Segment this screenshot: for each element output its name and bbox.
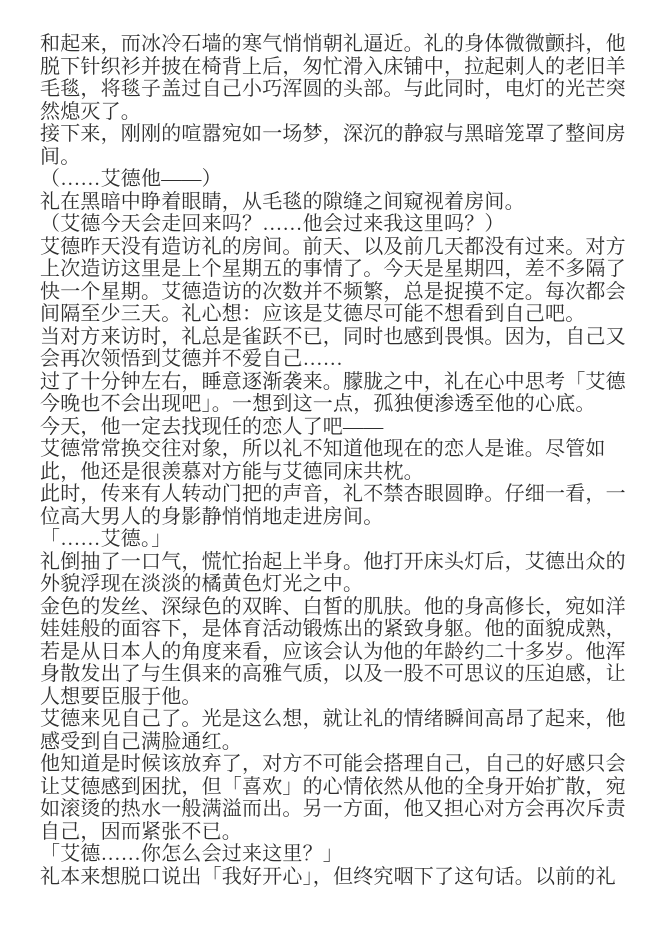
text-line: 此时，传来有人转动门把的声音，礼不禁杏眼圆睁。仔细一看，一 xyxy=(40,483,632,506)
text-line: 他知道是时候该放弃了，对方不可能会搭理自己，自己的好感只会 xyxy=(40,753,632,776)
text-line: 今天，他一定去找现任的恋人了吧—— xyxy=(40,416,632,439)
text-line: （艾德今天会走回来吗？……他会过来我这里吗？） xyxy=(40,213,632,236)
text-line: 娃娃般的面容下，是体育活动锻炼出的紧致身躯。他的面貌成熟， xyxy=(40,618,632,641)
text-line: 人想要臣服于他。 xyxy=(40,686,632,709)
text-line: 自己，因而紧张不已。 xyxy=(40,821,632,844)
text-line: 上次造访这里是上个星期五的事情了。今天是星期四，差不多隔了 xyxy=(40,258,632,281)
novel-page: 和起来，而冰冷石墙的寒气悄悄朝礼逼近。礼的身体微微颤抖，他脱下针织衫并披在椅背上… xyxy=(0,0,662,935)
text-line: 会再次领悟到艾德并不爱自己…… xyxy=(40,348,632,371)
text-line: 间隔至少三天。礼心想：应该是艾德尽可能不想看到自己吧。 xyxy=(40,303,632,326)
text-line: 若是从日本人的角度来看，应该会认为他的年龄约二十多岁。他浑 xyxy=(40,641,632,664)
text-line: 金色的发丝、深绿色的双眸、白皙的肌肤。他的身高修长，宛如洋 xyxy=(40,596,632,619)
text-line: 此，他还是很羡慕对方能与艾德同床共枕。 xyxy=(40,461,632,484)
text-line: 接下来，刚刚的喧嚣宛如一场梦，深沉的静寂与黑暗笼罩了整间房 xyxy=(40,123,632,146)
text-line: 外貌浮现在淡淡的橘黄色灯光之中。 xyxy=(40,573,632,596)
text-line: 快一个星期。艾德造访的次数并不频繁，总是捉摸不定。每次都会 xyxy=(40,281,632,304)
text-line: 身散发出了与生俱来的高雅气质，以及一股不可思议的压迫感，让 xyxy=(40,663,632,686)
text-line: 和起来，而冰冷石墙的寒气悄悄朝礼逼近。礼的身体微微颤抖，他 xyxy=(40,33,632,56)
text-line: 艾德来见自己了。光是这么想，就让礼的情绪瞬间高昂了起来，他 xyxy=(40,708,632,731)
text-line: 然熄灭了。 xyxy=(40,101,632,124)
text-line: 艾德昨天没有造访礼的房间。前天、以及前几天都没有过来。对方 xyxy=(40,236,632,259)
text-line: 间。 xyxy=(40,146,632,169)
text-line: 「……艾德。」 xyxy=(40,528,632,551)
text-line: （……艾德他——） xyxy=(40,168,632,191)
text-line: 脱下针织衫并披在椅背上后，匆忙滑入床铺中，拉起刺人的老旧羊 xyxy=(40,56,632,79)
text-line: 礼在黑暗中睁着眼睛，从毛毯的隙缝之间窥视着房间。 xyxy=(40,191,632,214)
text-block: 和起来，而冰冷石墙的寒气悄悄朝礼逼近。礼的身体微微颤抖，他脱下针织衫并披在椅背上… xyxy=(40,33,632,888)
text-line: 今晚也不会出现吧」。一想到这一点，孤独便渗透至他的心底。 xyxy=(40,393,632,416)
text-line: 如滚烫的热水一般满溢而出。另一方面，他又担心对方会再次斥责 xyxy=(40,798,632,821)
text-line: 感受到自己满脸通红。 xyxy=(40,731,632,754)
text-line: 艾德常常换交往对象，所以礼不知道他现在的恋人是谁。尽管如 xyxy=(40,438,632,461)
text-line: 位高大男人的身影静悄悄地走进房间。 xyxy=(40,506,632,529)
text-line: 「艾德……你怎么会过来这里？」 xyxy=(40,843,632,866)
text-line: 让艾德感到困扰，但「喜欢」的心情依然从他的全身开始扩散，宛 xyxy=(40,776,632,799)
text-line: 过了十分钟左右，睡意逐渐袭来。朦胧之中，礼在心中思考「艾德 xyxy=(40,371,632,394)
text-line: 礼倒抽了一口气，慌忙抬起上半身。他打开床头灯后，艾德出众的 xyxy=(40,551,632,574)
text-line: 当对方来访时，礼总是雀跃不已，同时也感到畏惧。因为，自己又 xyxy=(40,326,632,349)
text-line: 毛毯，将毯子盖过自己小巧浑圆的头部。与此同时，电灯的光芒突 xyxy=(40,78,632,101)
text-line: 礼本来想脱口说出「我好开心」，但终究咽下了这句话。以前的礼 xyxy=(40,866,632,889)
